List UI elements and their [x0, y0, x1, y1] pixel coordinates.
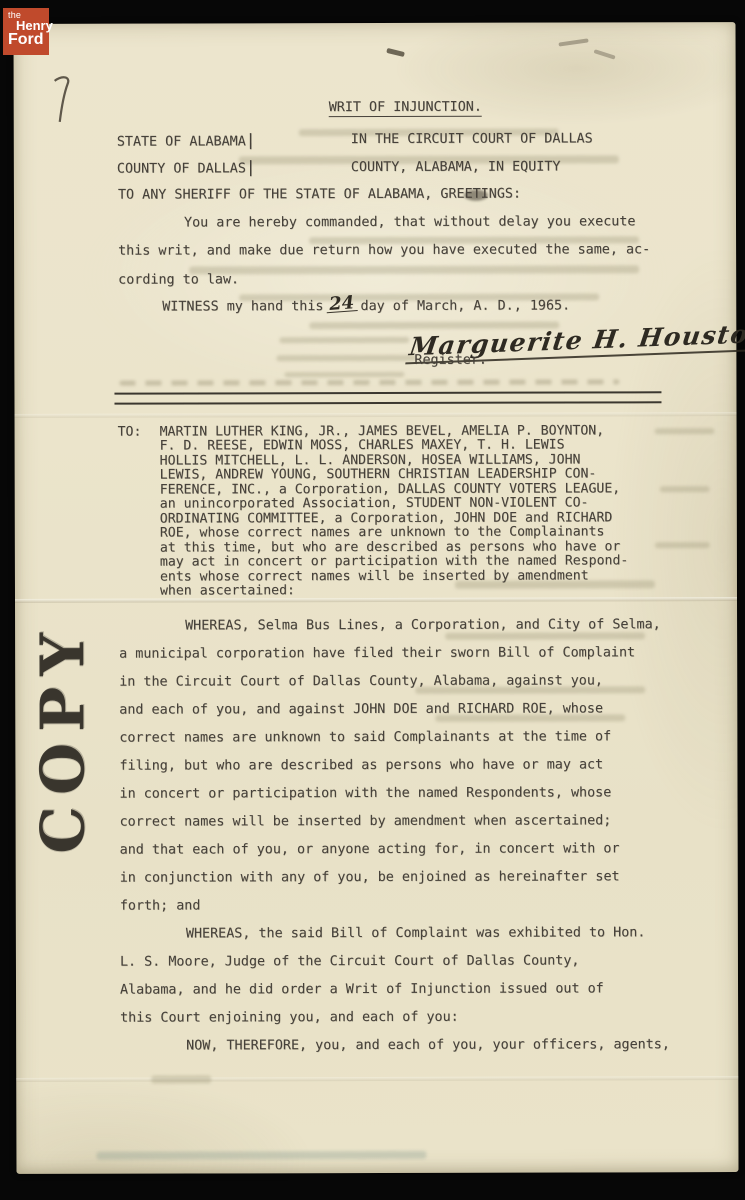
bleed-through-mark: [445, 632, 645, 640]
bleed-through-mark: [119, 379, 619, 385]
copy-stamp: COPY: [23, 623, 104, 853]
doc-line: forth; and: [120, 899, 201, 912]
henry-ford-logo: the Henry Ford: [3, 8, 49, 55]
doc-line: this Court enjoining you, and each of yo…: [120, 1011, 459, 1025]
caption-court-line2: COUNTY, ALABAMA, IN EQUITY: [351, 161, 561, 175]
bleed-through-mark: [284, 372, 404, 377]
witness-prefix: WITNESS my hand this: [162, 300, 323, 313]
respondent-line: at this time, but who are described as p…: [160, 540, 621, 554]
respondent-line: may act in concert or participation with…: [160, 554, 628, 568]
doc-line: in the Circuit Court of Dallas County, A…: [119, 674, 603, 688]
respondent-line: ORDINATING COMMITTEE, a Corporation, JOH…: [160, 511, 613, 525]
doc-line: L. S. Moore, Judge of the Circuit Court …: [120, 954, 580, 968]
doc-line: and that each of you, or anyone acting f…: [120, 842, 620, 856]
doc-line: Alabama, and he did order a Writ of Inju…: [120, 982, 604, 996]
document-paper: WRIT OF INJUNCTION. STATE OF ALABAMA COU…: [13, 22, 738, 1174]
respondent-line: MARTIN LUTHER KING, JR., JAMES BEVEL, AM…: [160, 424, 605, 438]
salutation-line: TO ANY SHERIFF OF THE STATE OF ALABAMA, …: [118, 188, 521, 202]
document-title: WRIT OF INJUNCTION.: [329, 101, 482, 117]
caption-county: COUNTY OF DALLAS: [117, 162, 246, 175]
respondent-line: HOLLIS MITCHELL, L. L. ANDERSON, HOSEA W…: [160, 453, 581, 467]
doc-line: this writ, and make due return how you h…: [118, 243, 650, 257]
respondent-line: when ascertained:: [160, 584, 295, 597]
doc-line: NOW, THEREFORE, you, and each of you, yo…: [186, 1038, 670, 1052]
respondent-line: ROE, whose correct names are unknown to …: [160, 525, 605, 539]
register-title: Register.: [414, 354, 487, 367]
paper-speck: [558, 38, 588, 46]
paper-speck: [593, 49, 615, 60]
bleed-through-mark: [660, 486, 710, 492]
doc-line: WHEREAS, the said Bill of Complaint was …: [186, 926, 646, 940]
doc-line: filing, but who are described as persons…: [119, 758, 603, 772]
doc-line: correct names are unknown to said Compla…: [119, 730, 611, 744]
respondent-line: F. D. REESE, EDWIN MOSS, CHARLES MAXEY, …: [160, 439, 565, 453]
doc-line: You are hereby commanded, that without d…: [184, 215, 636, 229]
respondent-line: ents whose correct names will be inserte…: [160, 569, 589, 583]
fold-crease: [15, 412, 737, 418]
handwritten-day: 24: [326, 296, 358, 313]
bleed-through-mark: [655, 428, 715, 434]
bleed-through-mark: [189, 265, 639, 274]
divider-rule: [114, 401, 661, 404]
respondents-label: TO:: [118, 426, 142, 439]
bleed-through-mark: [279, 337, 409, 343]
respondent-line: FERENCE, INC., a Corporation, DALLAS COU…: [160, 482, 621, 496]
doc-line: in conjunction with any of you, be enjoi…: [120, 870, 620, 884]
caption-state: STATE OF ALABAMA: [117, 135, 246, 148]
doc-line: and each of you, and against JOHN DOE an…: [119, 702, 603, 716]
fold-crease: [15, 597, 737, 603]
witness-suffix: day of March, A. D., 1965.: [361, 299, 571, 313]
logo-ford-text: Ford: [8, 31, 44, 49]
caption-bracket: |: [247, 133, 255, 146]
witness-line: WITNESS my hand this 24 day of March, A.…: [162, 299, 570, 315]
copy-stamp-text: COPY: [28, 622, 99, 854]
bleed-through-mark: [151, 1075, 211, 1083]
doc-line: a municipal corporation have filed their…: [119, 646, 635, 660]
paper-speck: [386, 48, 405, 57]
pen-mark: [50, 74, 80, 126]
bleed-through-mark: [276, 355, 416, 361]
caption-bracket: |: [247, 160, 255, 173]
bleed-through-mark: [96, 1151, 426, 1160]
screenshot-root: { "page": { "background_color": "#070707…: [0, 0, 745, 1200]
fold-crease: [16, 1076, 738, 1082]
doc-line: cording to law.: [118, 273, 239, 286]
caption-court-line1: IN THE CIRCUIT COURT OF DALLAS: [351, 132, 593, 146]
respondent-line: LEWIS, ANDREW YOUNG, SOUTHERN CHRISTIAN …: [160, 467, 597, 481]
divider-rule: [114, 391, 661, 394]
doc-line: in concert or participation with the nam…: [119, 786, 611, 800]
doc-line: correct names will be inserted by amendm…: [120, 814, 612, 828]
bleed-through-mark: [655, 542, 710, 548]
doc-line: WHEREAS, Selma Bus Lines, a Corporation,…: [185, 618, 661, 632]
respondent-line: an unincorporated Association, STUDENT N…: [160, 496, 589, 510]
